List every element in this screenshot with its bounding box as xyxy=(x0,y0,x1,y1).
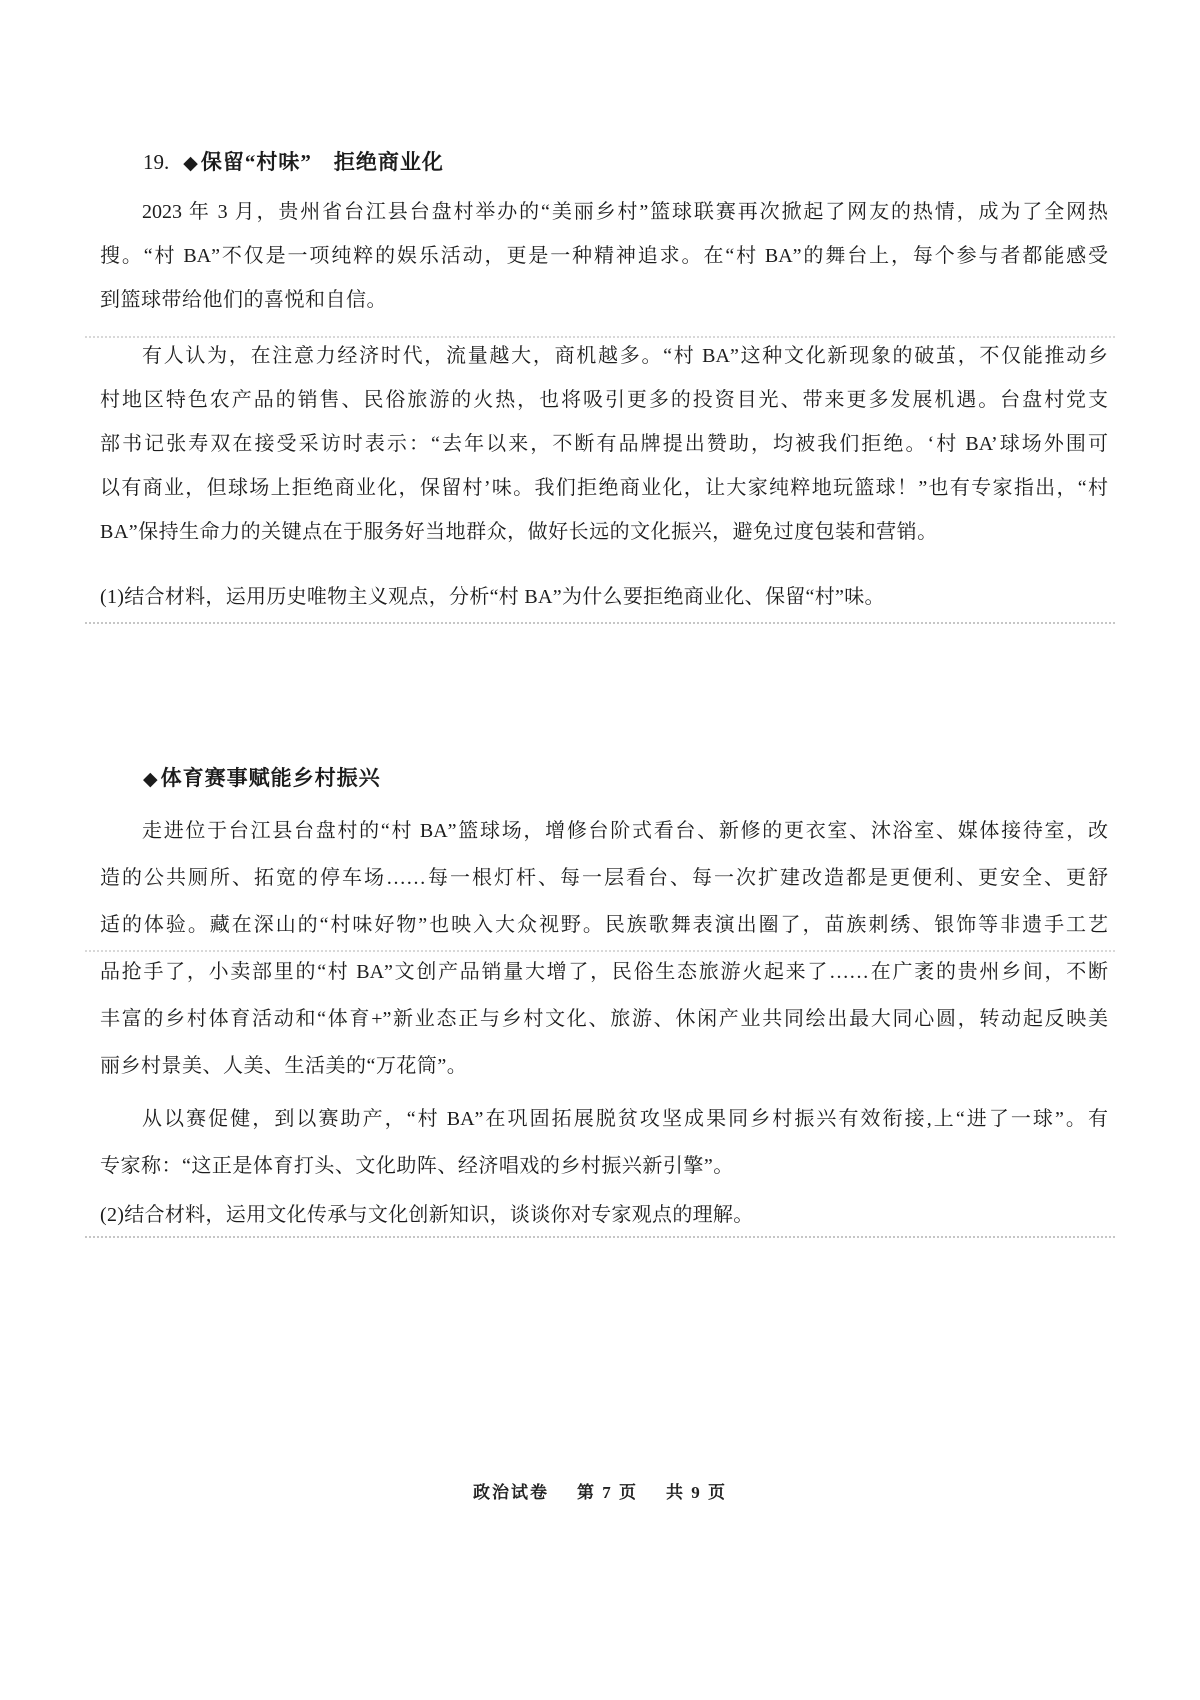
text-line: 村地区特色农产品的销售、民俗旅游的火热，也将吸引更多的投资目光、带来更多发展机遇… xyxy=(100,378,1108,422)
diamond-bullet-icon: ◆ xyxy=(143,769,159,790)
paragraph-b: 有人认为，在注意力经济时代，流量越大，商机越多。“村 BA”这种文化新现象的破茧… xyxy=(100,334,1108,554)
text-line: 走进位于台江县台盘村的“村 BA”篮球场，增修台阶式看台、新修的更衣室、沐浴室、… xyxy=(100,808,1108,855)
text-line: 搜。“村 BA”不仅是一项纯粹的娱乐活动，更是一种精神追求。在“村 BA”的舞台… xyxy=(100,234,1108,278)
text-line: 到篮球带给他们的喜悦和自信。 xyxy=(100,278,1108,322)
text-line: 有人认为，在注意力经济时代，流量越大，商机越多。“村 BA”这种文化新现象的破茧… xyxy=(100,334,1108,378)
text-line: 丰富的乡村体育活动和“体育+”新业态正与乡村文化、旅游、休闲产业共同绘出最大同心… xyxy=(100,996,1108,1043)
text-line: 以有商业，但球场上拒绝商业化，保留村’味。我们拒绝商业化，让大家纯粹地玩篮球！”… xyxy=(100,466,1108,510)
page-footer: 政治试卷第 7 页共 9 页 xyxy=(0,1478,1200,1503)
dotted-separator xyxy=(85,1236,1115,1238)
text-line: 从以赛促健，到以赛助产，“村 BA”在巩固拓展脱贫攻坚成果同乡村振兴有效衔接,上… xyxy=(100,1096,1108,1143)
section1-title: 保留“村味” 拒绝商业化 xyxy=(201,150,444,174)
text-line: 专家称：“这正是体育打头、文化助阵、经济唱戏的乡村振兴新引擎”。 xyxy=(100,1143,1108,1190)
diamond-bullet-icon: ◆ xyxy=(183,153,199,174)
section2-title: 体育赛事赋能乡村振兴 xyxy=(161,766,381,790)
paragraph-c: 走进位于台江县台盘村的“村 BA”篮球场，增修台阶式看台、新修的更衣室、沐浴室、… xyxy=(100,808,1108,1090)
sub-question-2: (2)结合材料，运用文化传承与文化创新知识，谈谈你对专家观点的理解。 xyxy=(100,1193,754,1237)
text-line: 品抢手了，小卖部里的“村 BA”文创产品销量大增了，民俗生态旅游火起来了……在广… xyxy=(100,949,1108,996)
section2-heading: ◆体育赛事赋能乡村振兴 xyxy=(143,762,381,792)
text-line: BA”保持生命力的关键点在于服务好当地群众，做好长远的文化振兴，避免过度包装和营… xyxy=(100,510,1108,554)
paragraph-d: 从以赛促健，到以赛助产，“村 BA”在巩固拓展脱贫攻坚成果同乡村振兴有效衔接,上… xyxy=(100,1096,1108,1190)
exam-page: 19.◆保留“村味” 拒绝商业化 2023 年 3 月，贵州省台江县台盘村举办的… xyxy=(0,0,1200,1700)
dotted-separator xyxy=(85,950,1115,952)
text-line: 造的公共厕所、拓宽的停车场……每一根灯杆、每一层看台、每一次扩建改造都是更便利、… xyxy=(100,855,1108,902)
text-line: 2023 年 3 月，贵州省台江县台盘村举办的“美丽乡村”篮球联赛再次掀起了网友… xyxy=(100,190,1108,234)
text-line: 部书记张寿双在接受采访时表示：“去年以来，不断有品牌提出赞助，均被我们拒绝。‘村… xyxy=(100,422,1108,466)
sub-question-1: (1)结合材料，运用历史唯物主义观点，分析“村 BA”为什么要拒绝商业化、保留“… xyxy=(100,575,885,619)
text-line: 适的体验。藏在深山的“村味好物”也映入大众视野。民族歌舞表演出圈了，苗族刺绣、银… xyxy=(100,902,1108,949)
footer-page-number: 第 7 页 xyxy=(577,1483,638,1502)
question-number: 19. xyxy=(143,150,169,174)
text-line: 丽乡村景美、人美、生活美的“万花筒”。 xyxy=(100,1043,1108,1090)
dotted-separator xyxy=(85,622,1115,624)
footer-exam-name: 政治试卷 xyxy=(473,1483,549,1502)
footer-total-pages: 共 9 页 xyxy=(666,1483,727,1502)
question-19-heading: 19.◆保留“村味” 拒绝商业化 xyxy=(143,146,444,176)
paragraph-a: 2023 年 3 月，贵州省台江县台盘村举办的“美丽乡村”篮球联赛再次掀起了网友… xyxy=(100,190,1108,322)
